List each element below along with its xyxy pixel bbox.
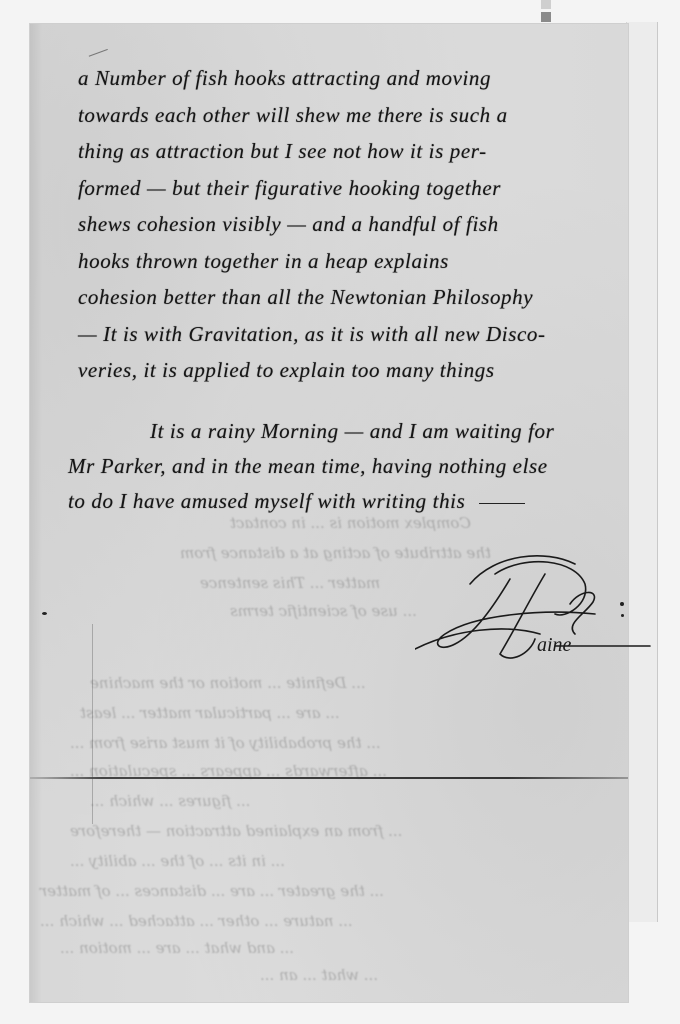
text-line: shews cohesion visibly — and a handful o… (78, 206, 623, 243)
margin-rule (92, 624, 93, 824)
bleed-line: ... from an explained attraction — there… (70, 822, 402, 840)
page-fold-line (30, 777, 628, 779)
paragraph-2: It is a rainy Morning — and I am waiting… (68, 414, 628, 519)
closing-dash (479, 503, 525, 504)
bleed-line: ... and what ... are ... motion ... (60, 939, 294, 957)
text-line: cohesion better than all the Newtonian P… (78, 279, 623, 316)
bleed-line: ... what ... an ... (260, 966, 378, 984)
text-line: thing as attraction but I see not how it… (78, 133, 623, 170)
manuscript-page: Complex motion is ... in contact the att… (30, 24, 628, 1002)
bleed-line: ... Definite ... motion or the machine (90, 674, 366, 692)
ink-dot (621, 614, 624, 617)
signature-flourish-icon (415, 544, 655, 664)
text-line: formed — but their figurative hooking to… (78, 170, 623, 207)
signature: aine (415, 544, 655, 664)
bleed-line: ... in its ... of the ... ability ... (70, 852, 285, 870)
ink-dot (42, 612, 47, 615)
text-line: It is a rainy Morning — and I am waiting… (68, 414, 628, 449)
scan-canvas: Complex motion is ... in contact the att… (0, 0, 680, 1024)
text-line: veries, it is applied to explain too man… (78, 352, 623, 389)
text-line-with-dash: to do I have amused myself with writing … (68, 484, 628, 519)
text-line: Mr Parker, and in the mean time, having … (68, 449, 628, 484)
bleed-line: ... the probability of it must arise fro… (70, 734, 381, 752)
bleed-line: ... figures ... which ... (90, 792, 250, 810)
text-line: — It is with Gravitation, as it is with … (78, 316, 623, 353)
bleed-line: matter ... This sentence (200, 574, 380, 592)
paragraph-1: a Number of fish hooks attracting and mo… (78, 60, 623, 389)
bleed-line: ... use of scientific terms (230, 602, 417, 620)
text-line: a Number of fish hooks attracting and mo… (78, 60, 623, 97)
archive-tab-marker (541, 0, 551, 22)
text-line: towards each other will shew me there is… (78, 97, 623, 134)
text-line: to do I have amused myself with writing … (68, 489, 465, 513)
bleed-line: ... are ... particular matter ... least (80, 704, 340, 722)
mounting-strip (626, 22, 658, 922)
text-line: hooks thrown together in a heap explains (78, 243, 623, 280)
bleed-line: ... nature ... other ... attached ... wh… (40, 912, 353, 930)
signature-name: aine (537, 634, 571, 657)
ink-dot (620, 602, 624, 606)
bleed-line: ... the greater ... are ... distances ..… (40, 882, 384, 900)
